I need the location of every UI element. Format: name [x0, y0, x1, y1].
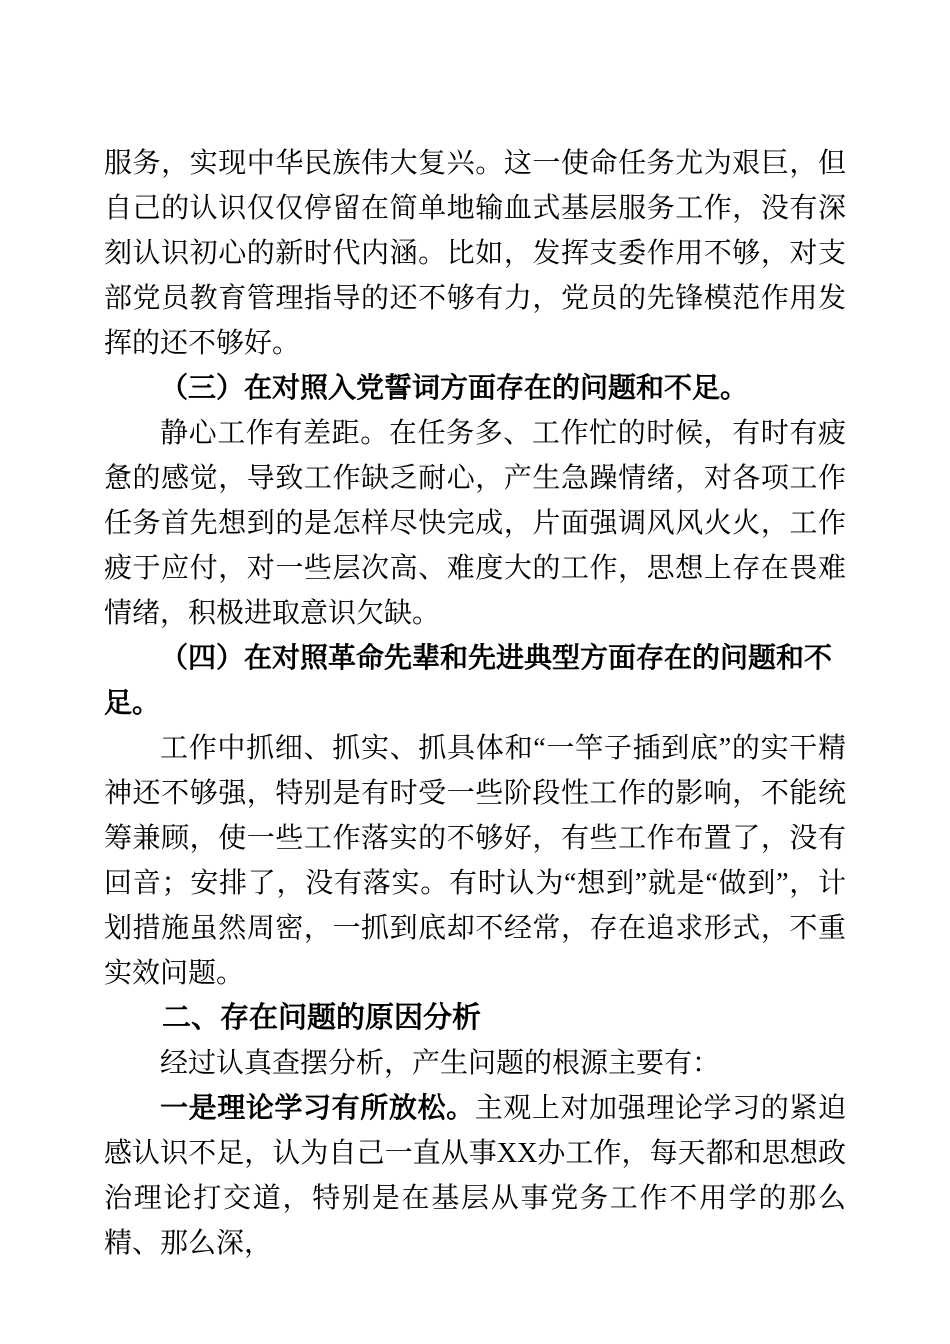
paragraph-cause-intro: 经过认真查摆分析，产生问题的根源主要有：	[104, 1041, 846, 1086]
paragraph-cause-one: 一是理论学习有所放松。主观上对加强理论学习的紧迫感认识不足，认为自己一直从事XX…	[104, 1086, 846, 1266]
paragraph-continuation: 服务，实现中华民族伟大复兴。这一使命任务尤为艰巨，但自己的认识仅仅停留在简单地输…	[104, 141, 846, 366]
subheading-item-4: （四）在对照革命先辈和先进典型方面存在的问题和不足。	[104, 636, 846, 726]
paragraph-role-models: 工作中抓细、抓实、抓具体和“一竿子插到底”的实干精神还不够强，特别是有时受一些阶…	[104, 726, 846, 996]
subheading-item-3: （三）在对照入党誓词方面存在的问题和不足。	[104, 366, 846, 411]
paragraph-cause-one-lead: 一是理论学习有所放松。	[160, 1093, 475, 1124]
section-heading-cause-analysis: 二、存在问题的原因分析	[104, 996, 846, 1041]
paragraph-pledge-gap: 静心工作有差距。在任务多、工作忙的时候，有时有疲惫的感觉，导致工作缺乏耐心，产生…	[104, 411, 846, 636]
document-page: 服务，实现中华民族伟大复兴。这一使命任务尤为艰巨，但自己的认识仅仅停留在简单地输…	[0, 0, 950, 1344]
